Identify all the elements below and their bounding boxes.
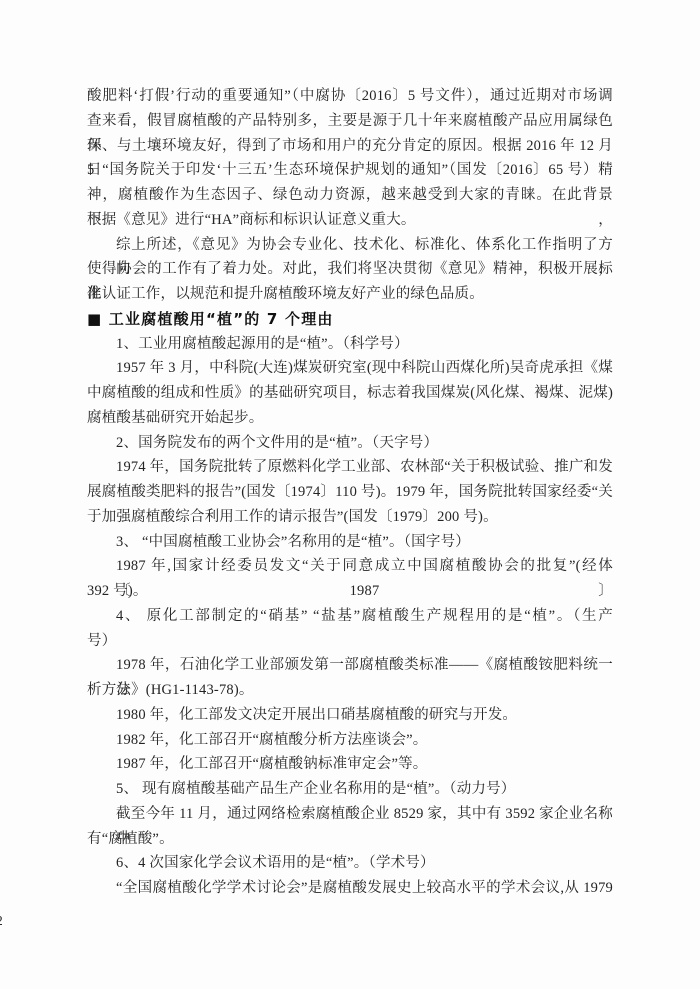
text-line: 1、工业用腐植酸起源用的是“植”。（科学号） [87,332,613,357]
text-line: 截至今年 11 月，通过网络检索腐植酸企业 8529 家，其中有 3592 家企… [87,802,613,827]
text-line: 酸肥料‘打假’行动的重要通知”（中腐协〔2016〕5 号文件），通过近期对市场调 [87,84,613,109]
text-line: 1980 年，化工部发文决定开展出口硝基腐植酸的研究与开发。 [87,703,613,728]
text-line: 1987 年,国家计经委员发文“关于同意成立中国腐植酸协会的批复”(经体〔198… [87,554,613,579]
text-line: 神，腐植酸作为生态因子、绿色动力资源，越来越受到大家的青睐。在此背景下， [87,183,613,208]
document-page: 酸肥料‘打假’行动的重要通知”（中腐协〔2016〕5 号文件），通过近期对市场调… [0,0,700,989]
text-line: “全国腐植酸化学学术讨论会”是腐植酸发展史上较高水平的学术会议,从 1979 [87,876,613,901]
text-line: 1957 年 3 月，中科院(大连)煤炭研究室(现中科院山西煤化所)吴奇虎承担《… [87,356,613,381]
text-line: 4、 原化工部制定的“硝基” “盐基”腐植酸生产规程用的是“植”。（生产 [87,604,613,629]
section-heading: ■ 工业腐植酸用“植”的 7 个理由 [87,307,613,332]
text-line: 展腐植酸类肥料的报告”(国发〔1974〕110 号)。1979 年，国务院批转国… [87,480,613,505]
text-line: 1987 年，化工部召开“腐植酸钠标准审定会”等。 [87,752,613,777]
text-line: 1982 年，化工部召开“腐植酸分析方法座谈会”。 [87,728,613,753]
page-number: 2 [0,913,3,929]
text-line: 日“国务院关于印发‘十三五’生态环境保护规划的通知”（国发〔2016〕65 号）… [87,158,613,183]
text-line: 使得协会的工作有了着力处。对此，我们将坚决贯彻《意见》精神，积极开展标准 [87,257,613,282]
text-line: 化认证工作，以规范和提升腐植酸环境友好产业的绿色品质。 [87,282,613,307]
text-line: 2、国务院发布的两个文件用的是“植”。（天字号） [87,431,613,456]
text-block: 酸肥料‘打假’行动的重要通知”（中腐协〔2016〕5 号文件），通过近期对市场调… [87,84,613,901]
text-line: 查来看，假冒腐植酸的产品特别多，主要是源于几十年来腐植酸产品应用属绿色环 [87,109,613,134]
text-line: 5、 现有腐植酸基础产品生产企业名称用的是“植”。（动力号） [87,777,613,802]
text-line: 有“腐植酸”。 [87,827,613,852]
text-line: 3、 “中国腐植酸工业协会”名称用的是“植”。（国字号） [87,530,613,555]
text-line: 保、与土壤环境友好，得到了市场和用户的充分肯定的原因。根据 2016 年 12 … [87,134,613,159]
text-line: 腐植酸基础研究开始起步。 [87,406,613,431]
text-line: 1978 年，石油化学工业部颁发第一部腐植酸类标准——《腐植酸铵肥料统一分 [87,653,613,678]
text-line: 1974 年，国务院批转了原燃料化学工业部、农林部“关于积极试验、推广和发 [87,455,613,480]
text-line: 于加强腐植酸综合利用工作的请示报告”(国发〔1979〕200 号)。 [87,505,613,530]
text-line: 6、4 次国家化学会议术语用的是“植”。（学术号） [87,851,613,876]
text-line: 号） [87,629,613,654]
text-line: 析方法》(HG1-1143-78)。 [87,678,613,703]
text-line: 综上所述，《意见》为协会专业化、技术化、标准化、体系化工作指明了方向， [87,233,613,258]
text-line: 中腐植酸的组成和性质》的基础研究项目，标志着我国煤炭(风化煤、褐煤、泥煤) [87,381,613,406]
